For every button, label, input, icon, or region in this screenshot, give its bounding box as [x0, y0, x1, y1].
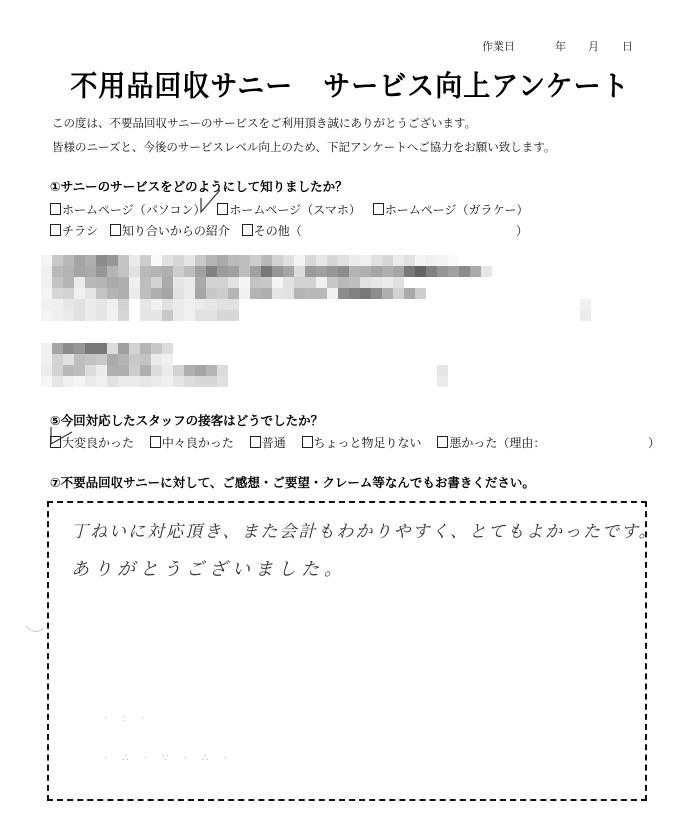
title-company: 不用品回収サニー	[70, 70, 293, 103]
option-bad[interactable]: 悪かった（理由：	[437, 434, 545, 451]
checkbox[interactable]	[110, 224, 121, 236]
checkbox[interactable]	[373, 203, 384, 215]
survey-title: 不用品回収サニーサービス向上アンケート	[0, 63, 700, 104]
option-referral[interactable]: 知り合いからの紹介	[110, 222, 230, 239]
handwritten-answer-line-1: 丁ねいに対応頂き、また会計もわかりやすく、とてもよかったです。	[71, 517, 658, 542]
checkbox[interactable]	[50, 224, 61, 236]
intro-line-2: 皆様のニーズと、今後のサービスレベル向上のため、下記アンケートへご協力をお願い致…	[52, 139, 555, 155]
option-homepage-smartphone[interactable]: ホームページ（スマホ）	[217, 201, 361, 218]
reason-close-paren: ）	[648, 434, 660, 451]
month-label: 月	[588, 38, 599, 54]
title-survey: サービス向上アンケート	[323, 70, 629, 103]
checkbox[interactable]	[302, 436, 313, 448]
checkbox[interactable]	[50, 203, 61, 215]
checkbox[interactable]	[437, 436, 448, 448]
option-homepage-featurephone[interactable]: ホームページ（ガラケー）	[373, 201, 529, 218]
question-5-options-row: 大変良かった 中々良かった 普通 ちょっと物足りない 悪かった（理由：	[50, 434, 553, 451]
other-close-paren: ）	[516, 222, 528, 239]
comment-box[interactable]: 丁ねいに対応頂き、また会計もわかりやすく、とてもよかったです。 ありがとうござい…	[47, 501, 647, 801]
checkbox-checked[interactable]	[50, 436, 61, 448]
intro-line-1: この度は、不要品回収サニーのサービスをご利用頂き誠にありがとうございます。	[52, 115, 476, 131]
faint-bleed-through: · : ·	[104, 713, 150, 724]
question-1-options-row-1: ホームページ（パソコン） ホームページ（スマホ） ホームページ（ガラケー）	[50, 201, 536, 218]
checkbox[interactable]	[242, 224, 253, 236]
option-average[interactable]: 普通	[250, 434, 286, 451]
scan-mark	[24, 622, 46, 638]
option-somewhat-lacking[interactable]: ちょっと物足りない	[302, 434, 422, 451]
question-1-heading: ①サニーのサービスをどのようにして知りましたか？	[50, 177, 348, 195]
year-label: 年	[555, 38, 566, 54]
day-label: 日	[622, 38, 633, 54]
option-very-good[interactable]: 大変良かった	[50, 434, 134, 451]
question-1-options-row-2: チラシ 知り合いからの紹介 その他（	[50, 222, 310, 239]
checkbox-checked[interactable]	[217, 203, 228, 215]
work-date-label: 作業日	[482, 38, 515, 54]
question-5-heading: ⑤今回対応したスタッフの接客はどうでしたか？	[50, 411, 323, 429]
faint-bleed-through: · ∴ · ∵ · ∴ ·	[104, 753, 233, 764]
question-7-heading: ⑦不要品回収サニーに対して、ご感想・ご要望・クレーム等なんでもお書きください。	[50, 473, 535, 491]
checkbox[interactable]	[150, 436, 161, 448]
option-other[interactable]: その他（	[242, 222, 302, 239]
checkbox[interactable]	[250, 436, 261, 448]
option-fairly-good[interactable]: 中々良かった	[150, 434, 234, 451]
handwritten-answer-line-2: ありがとうございました。	[71, 555, 347, 581]
option-homepage-pc[interactable]: ホームページ（パソコン）	[50, 201, 206, 218]
option-flyer[interactable]: チラシ	[50, 222, 98, 239]
